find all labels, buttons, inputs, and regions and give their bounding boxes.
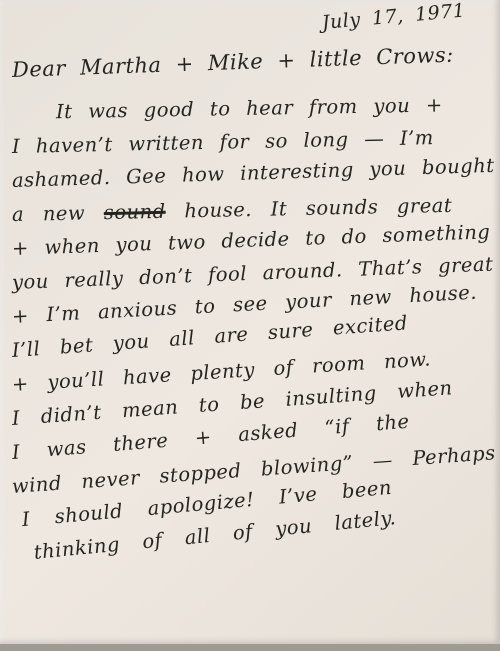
letter-greeting: Dear Martha + Mike + little Crows:: [12, 43, 455, 82]
letter-date: July 17, 1971: [321, 0, 466, 34]
line-text-before-strike: a new: [12, 201, 86, 226]
photo-bottom-edge: [0, 644, 500, 651]
struck-word: sound: [104, 200, 166, 224]
letter-paper: July 17, 1971 Dear Martha + Mike + littl…: [0, 0, 500, 644]
letter-photo: July 17, 1971 Dear Martha + Mike + littl…: [0, 0, 500, 651]
letter-body: It was good to hear from you + I haven’t…: [12, 96, 494, 572]
